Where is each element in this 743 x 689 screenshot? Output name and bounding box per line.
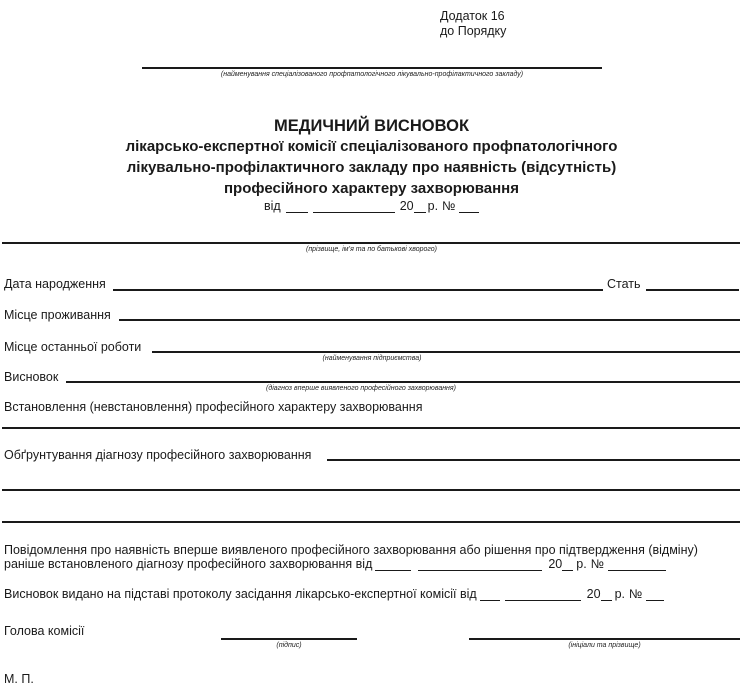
document-subtitle-line-2: лікувально-профілактичного закладу про н… bbox=[0, 159, 743, 176]
issued-day-field[interactable] bbox=[480, 588, 500, 601]
issued-row: Висновок видано на підставі протоколу за… bbox=[4, 587, 666, 601]
document-subtitle-line-1: лікарсько-експертної комісії спеціалізов… bbox=[0, 138, 743, 155]
issued-year-prefix: 20 bbox=[587, 587, 601, 601]
date-year-suffix: р. bbox=[428, 199, 438, 213]
issued-year-field[interactable] bbox=[601, 588, 612, 601]
notification-text-line-1: Повідомлення про наявність вперше виявле… bbox=[4, 543, 698, 557]
institution-name-caption: (найменування спеціалізованого профпатол… bbox=[142, 71, 602, 79]
residence-label: Місце проживання bbox=[4, 308, 111, 322]
chair-name-field[interactable] bbox=[469, 638, 740, 640]
date-from-label: від bbox=[264, 199, 281, 213]
notification-day-field[interactable] bbox=[375, 558, 411, 571]
conclusion-field[interactable] bbox=[66, 381, 740, 383]
issued-label: Висновок видано на підставі протоколу за… bbox=[4, 587, 477, 601]
stamp-placeholder: М. П. bbox=[4, 672, 34, 686]
notification-date-row: раніше встановленого діагнозу професійно… bbox=[4, 557, 668, 571]
sex-field[interactable] bbox=[646, 289, 739, 291]
document-title: МЕДИЧНИЙ ВИСНОВОК bbox=[0, 117, 743, 136]
sex-label: Стать bbox=[607, 277, 641, 291]
justification-field-line-2[interactable] bbox=[2, 489, 740, 491]
birth-date-field[interactable] bbox=[113, 289, 603, 291]
date-month-field[interactable] bbox=[313, 200, 395, 213]
notification-year-field[interactable] bbox=[562, 558, 573, 571]
last-work-field[interactable] bbox=[152, 351, 740, 353]
conclusion-caption: (діагноз вперше виявленого професійного … bbox=[66, 385, 656, 393]
last-work-caption: (найменування підприємства) bbox=[152, 355, 592, 363]
signature-field[interactable] bbox=[221, 638, 357, 640]
institution-name-field[interactable] bbox=[142, 67, 602, 69]
document-number-field[interactable] bbox=[459, 200, 479, 213]
last-work-label: Місце останньої роботи bbox=[4, 340, 141, 354]
establishment-field[interactable] bbox=[2, 427, 740, 429]
patient-name-field[interactable] bbox=[2, 242, 740, 244]
justification-field-line-3[interactable] bbox=[2, 521, 740, 523]
notification-number-field[interactable] bbox=[608, 558, 666, 571]
notification-number-label: № bbox=[591, 557, 604, 571]
justification-field-line-1[interactable] bbox=[327, 459, 740, 461]
notification-text-line-2: раніше встановленого діагнозу професійно… bbox=[4, 557, 372, 571]
patient-name-caption: (прізвище, ім’я та по батькові хворого) bbox=[0, 246, 743, 254]
notification-year-prefix: 20 bbox=[548, 557, 562, 571]
appendix-reference: до Порядку bbox=[440, 24, 506, 38]
signature-caption: (підпис) bbox=[221, 642, 357, 650]
date-year-prefix: 20 bbox=[400, 199, 414, 213]
document-subtitle-line-3: професійного характеру захворювання bbox=[0, 180, 743, 197]
document-date-row: від 20 р. № bbox=[264, 199, 481, 213]
chair-name-caption: (ініціали та прізвище) bbox=[469, 642, 740, 650]
appendix-label: Додаток 16 bbox=[440, 9, 505, 23]
issued-number-field[interactable] bbox=[646, 588, 664, 601]
residence-field[interactable] bbox=[119, 319, 740, 321]
date-year-field[interactable] bbox=[414, 200, 426, 213]
notification-year-suffix: р. bbox=[576, 557, 586, 571]
justification-label: Обґрунтування діагнозу професійного захв… bbox=[4, 448, 311, 462]
issued-number-label: № bbox=[629, 587, 642, 601]
issued-year-suffix: р. bbox=[615, 587, 625, 601]
commission-chair-label: Голова комісії bbox=[4, 624, 84, 638]
conclusion-label: Висновок bbox=[4, 370, 58, 384]
establishment-label: Встановлення (невстановлення) професійно… bbox=[4, 400, 422, 414]
date-day-field[interactable] bbox=[286, 200, 308, 213]
notification-month-field[interactable] bbox=[418, 558, 542, 571]
issued-month-field[interactable] bbox=[505, 588, 581, 601]
number-label: № bbox=[442, 199, 455, 213]
birth-date-label: Дата народження bbox=[4, 277, 106, 291]
